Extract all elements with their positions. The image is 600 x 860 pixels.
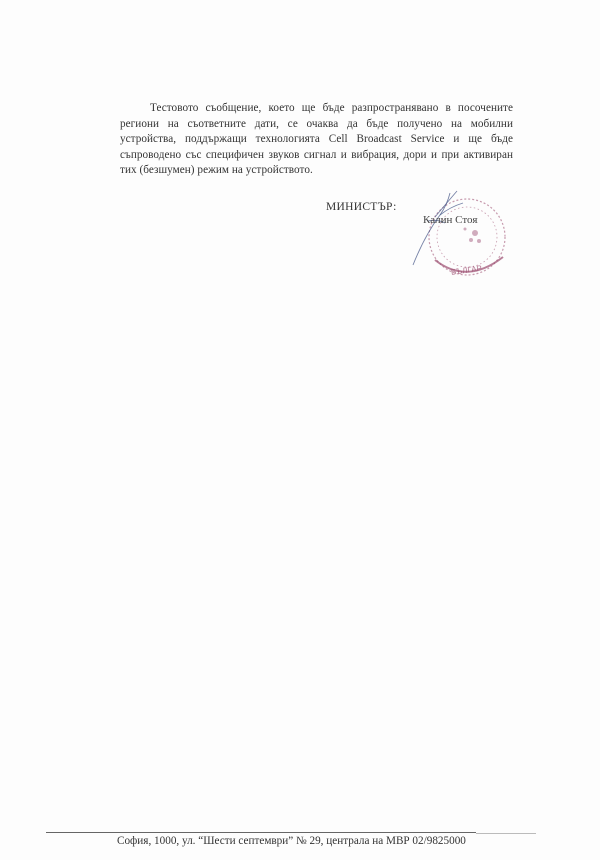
footer-divider bbox=[46, 832, 476, 833]
signature-name: Калин Стоянов bbox=[423, 214, 478, 226]
body-paragraph: Тестовото съобщение, което ще бъде разпр… bbox=[120, 101, 513, 179]
stamp-and-signature-icon: БЪЛГАР bbox=[395, 185, 525, 290]
document-page: Тестовото съобщение, което ще бъде разпр… bbox=[0, 0, 600, 860]
footer-address: София, 1000, ул. “Шести септември” № 29,… bbox=[117, 835, 466, 847]
footer-divider-fade bbox=[476, 833, 536, 834]
signature-title: МИНИСТЪР: bbox=[326, 201, 397, 213]
paragraph-text: Тестовото съобщение, което ще бъде разпр… bbox=[120, 101, 513, 179]
